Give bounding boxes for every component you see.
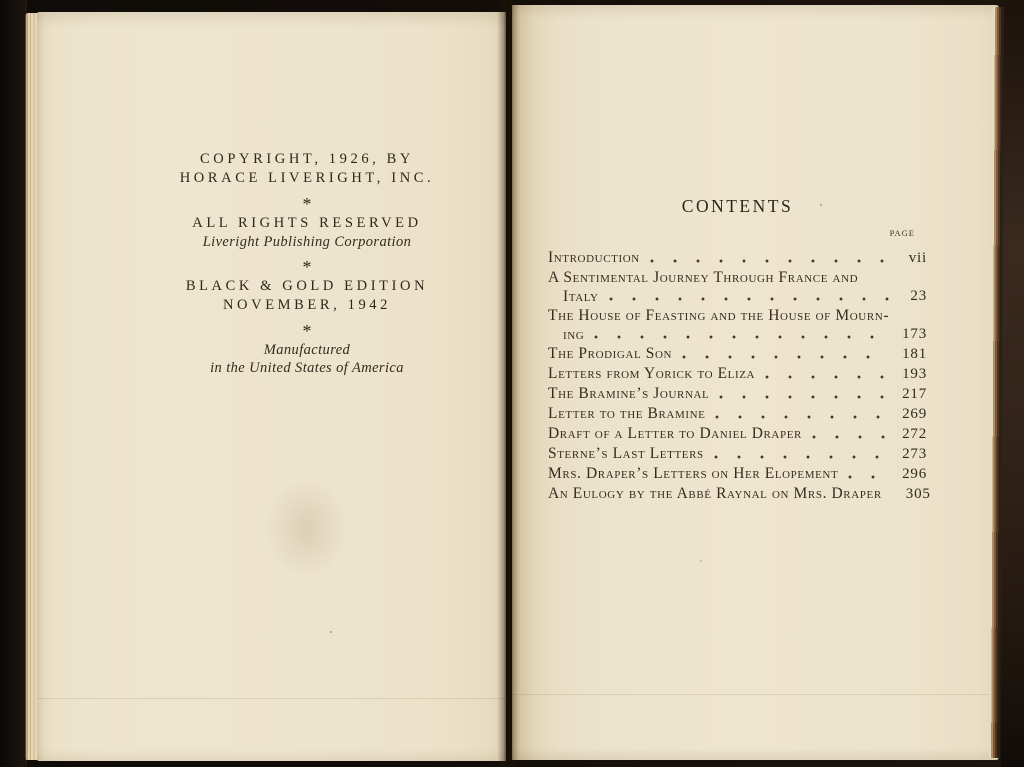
toc-entry: Letter to the Bramine269 [548, 404, 927, 424]
toc-entry: Draft of a Letter to Daniel Draper272 [548, 424, 927, 444]
copyright-line: Liveright Publishing Corporation [147, 233, 467, 251]
toc-entry-page: vii [909, 248, 927, 268]
toc-entry-title: Draft of a Letter to Daniel Draper [548, 424, 802, 444]
toc-row: An Eulogy by the Abbé Raynal on Mrs. Dra… [548, 484, 927, 504]
toc-entry: Letters from Yorick to Eliza193 [548, 364, 927, 384]
toc-entry-title: Introduction [548, 248, 640, 268]
toc-entry-page: 296 [902, 464, 927, 484]
toc-list: IntroductionviiA Sentimental Journey Thr… [548, 248, 927, 504]
medallion-showthrough [265, 478, 347, 578]
toc-row: Draft of a Letter to Daniel Draper272 [548, 424, 927, 444]
dust-speck [820, 204, 822, 206]
toc-entry-page: 269 [902, 404, 927, 424]
toc-row: Italy23 [548, 287, 927, 306]
leader-dots [609, 295, 897, 302]
leader-dots [848, 473, 888, 480]
copyright-line: * [147, 191, 467, 217]
dust-speck [330, 631, 332, 633]
copyright-line: COPYRIGHT, 1926, BY [147, 150, 467, 169]
leader-dots [719, 393, 888, 400]
toc-entry-title: Letter to the Bramine [548, 404, 705, 424]
toc-row: Sterne’s Last Letters273 [548, 444, 927, 464]
toc-entry-title: Letters from Yorick to Eliza [548, 364, 755, 384]
copyright-line: * [147, 254, 467, 280]
toc-entry-page: 305 [906, 484, 931, 504]
toc-entry-page: 173 [902, 325, 927, 344]
toc-entry: The Prodigal Son181 [548, 344, 927, 364]
leader-dots [812, 433, 888, 440]
toc-entry: A Sentimental Journey Through France and… [548, 268, 927, 306]
toc-row: Letter to the Bramine269 [548, 404, 927, 424]
toc-entry-title: The Prodigal Son [548, 344, 672, 364]
page-column-label: PAGE [890, 228, 915, 238]
toc-row: ing173 [548, 325, 927, 344]
book-cover-left [0, 0, 27, 767]
leader-dots [594, 333, 888, 340]
table-of-contents: CONTENTS PAGE IntroductionviiA Sentiment… [548, 195, 927, 217]
copyright-line: HORACE LIVERIGHT, INC. [147, 169, 467, 188]
toc-row: Letters from Yorick to Eliza193 [548, 364, 927, 384]
right-page: CONTENTS PAGE IntroductionviiA Sentiment… [512, 5, 999, 760]
left-page: COPYRIGHT, 1926, BYHORACE LIVERIGHT, INC… [37, 12, 506, 761]
toc-entry-title: The Bramine’s Journal [548, 384, 709, 404]
leader-dots [682, 353, 888, 360]
toc-entry: Mrs. Draper’s Letters on Her Elopement29… [548, 464, 927, 484]
toc-entry: The House of Feasting and the House of M… [548, 306, 927, 344]
leader-dots [650, 257, 895, 264]
toc-entry-title: Italy [548, 287, 599, 306]
toc-row: Mrs. Draper’s Letters on Her Elopement29… [548, 464, 927, 484]
leader-dots [714, 453, 888, 460]
toc-entry-title: The House of Feasting and the House of M… [548, 306, 889, 325]
toc-row: The Bramine’s Journal217 [548, 384, 927, 404]
toc-entry-title: Mrs. Draper’s Letters on Her Elopement [548, 464, 838, 484]
toc-entry-title: ing [548, 325, 584, 344]
toc-entry-title: Sterne’s Last Letters [548, 444, 704, 464]
book-cover-right [1001, 0, 1024, 767]
book-gutter-shadow [497, 0, 519, 767]
leader-dots [715, 413, 888, 420]
toc-entry-page: 23 [910, 287, 927, 306]
paper-crease [37, 698, 506, 699]
toc-row: The House of Feasting and the House of M… [548, 306, 927, 325]
contents-heading: CONTENTS [548, 195, 927, 217]
paper-crease [512, 694, 999, 695]
toc-row: Introductionvii [548, 248, 927, 268]
toc-entry-title: An Eulogy by the Abbé Raynal on Mrs. Dra… [548, 484, 882, 504]
toc-entry-page: 181 [902, 344, 927, 364]
toc-entry: Sterne’s Last Letters273 [548, 444, 927, 464]
toc-row: A Sentimental Journey Through France and [548, 268, 927, 287]
copyright-block: COPYRIGHT, 1926, BYHORACE LIVERIGHT, INC… [147, 150, 467, 377]
toc-entry-page: 193 [902, 364, 927, 384]
toc-entry-page: 273 [902, 444, 927, 464]
toc-entry-title: A Sentimental Journey Through France and [548, 268, 858, 287]
toc-entry: Introductionvii [548, 248, 927, 268]
copyright-line: NOVEMBER, 1942 [147, 296, 467, 315]
toc-entry: The Bramine’s Journal217 [548, 384, 927, 404]
toc-entry: An Eulogy by the Abbé Raynal on Mrs. Dra… [548, 484, 927, 504]
book-photo: COPYRIGHT, 1926, BYHORACE LIVERIGHT, INC… [0, 0, 1024, 767]
dust-speck [700, 560, 702, 562]
copyright-line: * [147, 318, 467, 344]
copyright-line: in the United States of America [147, 359, 467, 377]
toc-entry-page: 217 [902, 384, 927, 404]
toc-row: The Prodigal Son181 [548, 344, 927, 364]
leader-dots [765, 373, 888, 380]
toc-entry-page: 272 [902, 424, 927, 444]
